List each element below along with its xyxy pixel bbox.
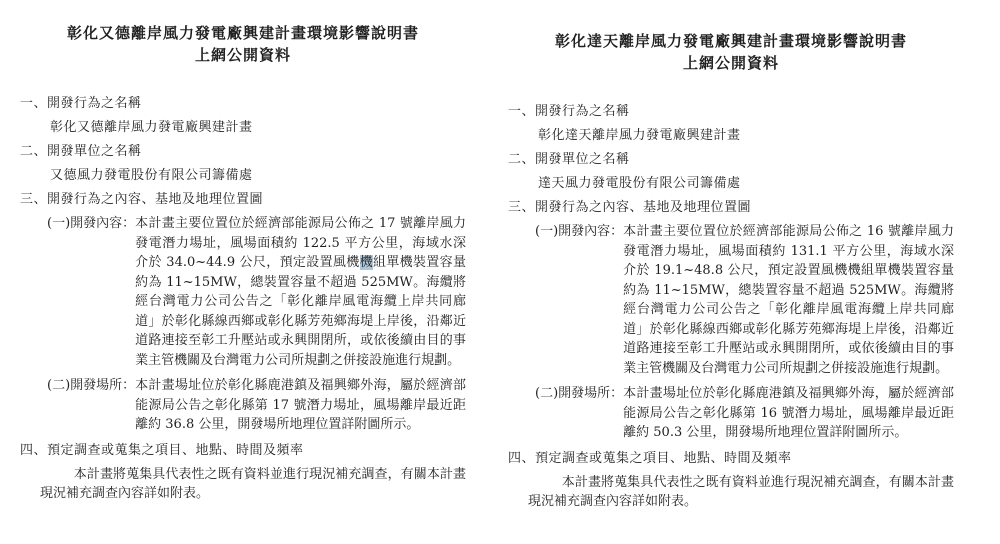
section2-heading: 二、開發單位之名稱	[508, 150, 954, 169]
section2-heading: 二、開發單位之名稱	[20, 142, 466, 161]
section2-body: 達天風力發電股份有限公司籌備處	[538, 174, 954, 193]
section4-body: 本計畫將蒐集具代表性之既有資料並進行現況補充調查，有關本計畫現況補充調查內容詳如…	[528, 473, 954, 512]
document-title-line2: 上網公開資料	[508, 52, 954, 74]
section4-body: 本計畫將蒐集具代表性之既有資料並進行現況補充調查，有關本計畫現況補充調查內容詳如…	[40, 465, 466, 504]
section2-body: 又德風力發電股份有限公司籌備處	[50, 166, 466, 185]
section1-heading: 一、開發行為之名稱	[20, 94, 466, 113]
item1-label: (一)開發內容：	[47, 214, 135, 234]
development-site-item: (二)開發場所： 本計畫場址位於彰化縣鹿港鎮及福興鄉外海，屬於經濟部能源局公告之…	[47, 376, 466, 435]
document-page-left: 彰化又德離岸風力發電廠興建計畫環境影響說明書 上網公開資料 一、開發行為之名稱 …	[0, 0, 500, 544]
item2-text: 本計畫場址位於彰化縣鹿港鎮及福興鄉外海，屬於經濟部能源局公告之彰化縣第 16 號…	[623, 384, 954, 443]
item1-text-highlight: 機	[360, 255, 373, 270]
section1-heading: 一、開發行為之名稱	[508, 102, 954, 121]
section1-body: 彰化又德離岸風力發電廠興建計畫	[50, 118, 466, 137]
item1-text-post: 組單機裝置容量約為 11~15MW，總裝置容量不超過 525MW。海纜將經台灣電…	[135, 255, 466, 368]
item1-text-pre: 本計畫主要位置位於經濟部能源局公佈之 16 號離岸風力發電潛力場址，風場面積約 …	[623, 224, 954, 376]
document-title: 彰化又德離岸風力發電廠興建計畫環境影響說明書 上網公開資料	[20, 22, 466, 66]
item2-label: (二)開發場所：	[535, 384, 623, 404]
document-title-line1: 彰化達天離岸風力發電廠興建計畫環境影響說明書	[508, 30, 954, 52]
document-title-line1: 彰化又德離岸風力發電廠興建計畫環境影響說明書	[20, 22, 466, 44]
section4-heading: 四、預定調查或蒐集之項目、地點、時間及頻率	[508, 449, 954, 468]
development-site-item: (二)開發場所： 本計畫場址位於彰化縣鹿港鎮及福興鄉外海，屬於經濟部能源局公告之…	[535, 384, 954, 443]
document-title: 彰化達天離岸風力發電廠興建計畫環境影響說明書 上網公開資料	[508, 30, 954, 74]
development-content-item: (一)開發內容： 本計畫主要位置位於經濟部能源局公佈之 16 號離岸風力發電潛力…	[535, 222, 954, 378]
item2-text: 本計畫場址位於彰化縣鹿港鎮及福興鄉外海，屬於經濟部能源局公告之彰化縣第 17 號…	[135, 376, 466, 435]
item2-label: (二)開發場所：	[47, 376, 135, 396]
item1-label: (一)開發內容：	[535, 222, 623, 242]
document-title-line2: 上網公開資料	[20, 44, 466, 66]
development-content-item: (一)開發內容： 本計畫主要位置位於經濟部能源局公佈之 17 號離岸風力發電潛力…	[47, 214, 466, 370]
item1-text: 本計畫主要位置位於經濟部能源局公佈之 16 號離岸風力發電潛力場址，風場面積約 …	[623, 222, 954, 378]
document-page-right: 彰化達天離岸風力發電廠興建計畫環境影響說明書 上網公開資料 一、開發行為之名稱 …	[500, 0, 1000, 544]
section3-heading: 三、開發行為之內容、基地及地理位置圖	[508, 198, 954, 217]
section3-heading: 三、開發行為之內容、基地及地理位置圖	[20, 190, 466, 209]
section4-heading: 四、預定調查或蒐集之項目、地點、時間及頻率	[20, 441, 466, 460]
item1-text: 本計畫主要位置位於經濟部能源局公佈之 17 號離岸風力發電潛力場址，風場面積約 …	[135, 214, 466, 370]
section1-body: 彰化達天離岸風力發電廠興建計畫	[538, 126, 954, 145]
